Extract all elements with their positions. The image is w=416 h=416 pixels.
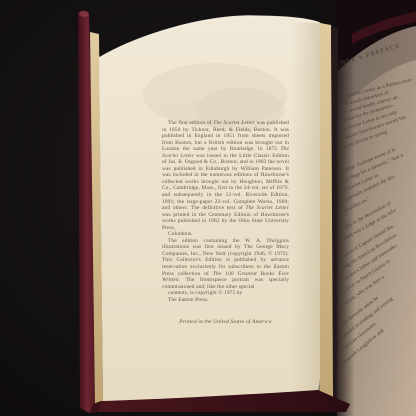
right-page-lines: The Scarlet Letter as a Puritan treat-in… — [339, 94, 416, 370]
book-photograph: The first edition of The Scarlet Letter … — [0, 0, 416, 416]
left-page-gutter-shade — [290, 22, 322, 394]
spine-top-highlight — [79, 11, 89, 17]
copyright-paragraph-2: The edition containing the W. A. Dwiggin… — [162, 238, 289, 290]
publisher-line: The Easton Press. — [162, 297, 289, 304]
preface-header: HER'S PREFACE — [340, 42, 401, 67]
copyright-text-block: The first edition of The Scarlet Letter … — [162, 120, 289, 303]
printed-in-usa-line: Printed in the United States of America — [162, 319, 289, 325]
right-page-text-area: HER'S PREFACE The Scarlet Letter as a Pu… — [336, 0, 416, 416]
copyright-paragraph-1: The first edition of The Scarlet Letter … — [162, 120, 289, 231]
